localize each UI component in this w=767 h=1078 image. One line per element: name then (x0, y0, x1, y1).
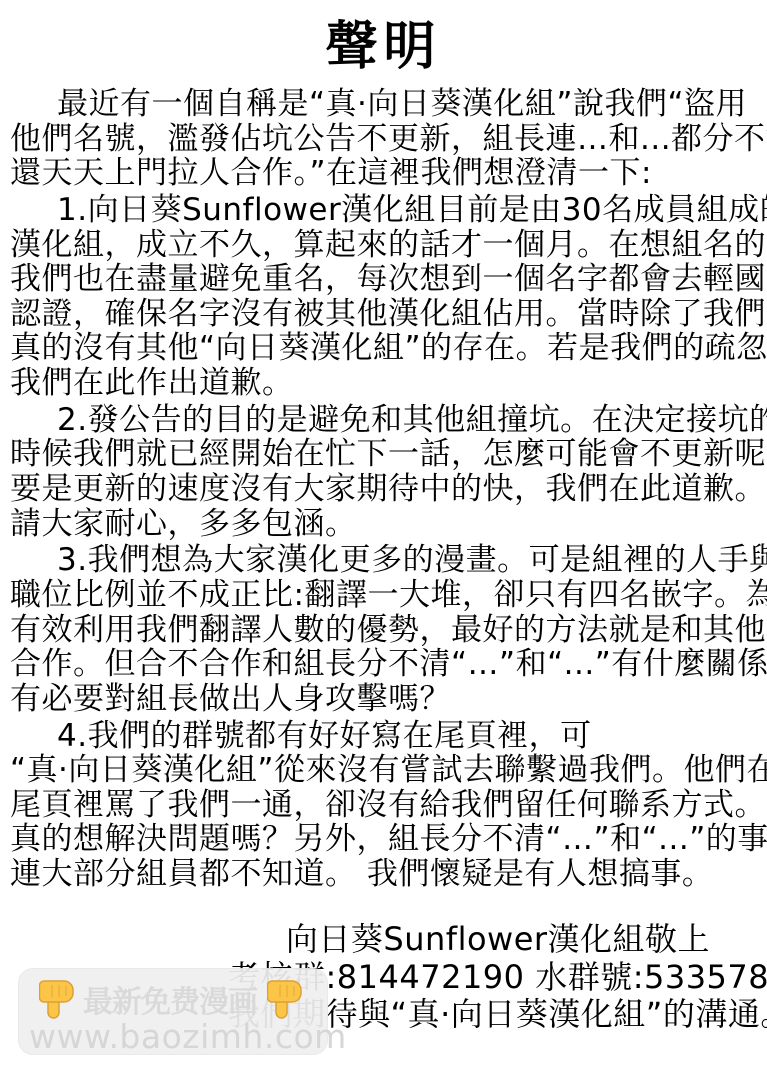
text-line: 真的沒有其他“向日葵漢化組”的存在。若是我們的疏忽， (10, 331, 762, 366)
text-line: 有效利用我們翻譯人數的優勢，最好的方法就是和其他組 (10, 613, 762, 648)
text-line: 還天天上門拉人合作。”在這裡我們想澄清一下: (10, 156, 762, 191)
text-line: 我們也在盡量避免重名，每次想到一個名字都會去輕國 (10, 262, 762, 297)
pointing-down-finger-icon (39, 978, 75, 1020)
text-line: 職位比例並不成正比:翻譯一大堆，卻只有四名嵌字。為了 (10, 578, 762, 613)
text-line: 漢化組，成立不久，算起來的話才一個月。在想組名的時候 (10, 228, 762, 263)
text-line: 有必要對組長做出人身攻擊嗎？ (10, 682, 762, 717)
signature-line: 向日葵Sunflower漢化組敬上 (228, 921, 767, 959)
text-line: 時候我們就已經開始在忙下一話，怎麼可能會不更新呢？ (10, 437, 762, 472)
text-line: 最近有一個自稱是“真·向日葵漢化組”說我們“盜用 (10, 87, 762, 122)
text-line: 4.我們的群號都有好好寫在尾頁裡，可 (10, 719, 762, 754)
watermark-url: www.baozimh.com (29, 1017, 327, 1056)
text-line: 要是更新的速度沒有大家期待中的快，我們在此道歉。 (10, 472, 762, 507)
statement-page: 聲明 最近有一個自稱是“真·向日葵漢化組”說我們“盜用 他們名號，濫發佔坑公告不… (0, 0, 767, 1078)
statement-body: 最近有一個自稱是“真·向日葵漢化組”說我們“盜用 他們名號，濫發佔坑公告不更新，… (10, 87, 762, 894)
text-line: 我們在此作出道歉。 (10, 366, 762, 401)
text-line: “真·向日葵漢化組”從來沒有嘗試去聯繫過我們。他們在 (10, 753, 762, 788)
text-line: 3.我們想為大家漢化更多的漫畫。可是組裡的人手與 (10, 543, 762, 578)
watermark-banner: 最新免费漫画 www.baozimh.com (18, 968, 328, 1055)
text-line: 連大部分組員都不知道。 我們懷疑是有人想搞事。 (10, 857, 762, 892)
watermark-row: 最新免费漫画 (19, 969, 327, 1021)
statement-item-3: 3.我們想為大家漢化更多的漫畫。可是組裡的人手與 職位比例並不成正比:翻譯一大堆… (10, 543, 762, 716)
page-title: 聲明 (0, 20, 767, 75)
statement-item-4: 4.我們的群號都有好好寫在尾頁裡，可 “真·向日葵漢化組”從來沒有嘗試去聯繫過我… (10, 719, 762, 892)
text-line: 2.發公告的目的是避免和其他組撞坑。在決定接坑的 (10, 403, 762, 438)
text-line: 認證，確保名字沒有被其他漢化組佔用。當時除了我們是 (10, 297, 762, 332)
text-line: 真的想解決問題嗎？另外，組長分不清“…”和“...”的事 (10, 822, 762, 857)
text-line: 請大家耐心，多多包涵。 (10, 507, 762, 542)
text-line: 1.向日葵Sunflower漢化組目前是由30名成員組成的 (10, 193, 762, 228)
watermark-text: 最新免费漫画 (83, 977, 257, 1021)
pointing-down-finger-icon (267, 978, 303, 1020)
statement-item-2: 2.發公告的目的是避免和其他組撞坑。在決定接坑的 時候我們就已經開始在忙下一話，… (10, 403, 762, 542)
text-line: 他們名號，濫發佔坑公告不更新，組長連…和...都分不清 (10, 122, 762, 157)
intro-paragraph: 最近有一個自稱是“真·向日葵漢化組”說我們“盜用 他們名號，濫發佔坑公告不更新，… (10, 87, 762, 191)
text-line: 合作。但合不合作和組長分不清“…”和“...”有什麼關係？ (10, 647, 762, 682)
text-line: 尾頁裡罵了我們一通，卻沒有給我們留任何聯系方式。這是 (10, 788, 762, 823)
statement-item-1: 1.向日葵Sunflower漢化組目前是由30名成員組成的 漢化組，成立不久，算… (10, 193, 762, 401)
